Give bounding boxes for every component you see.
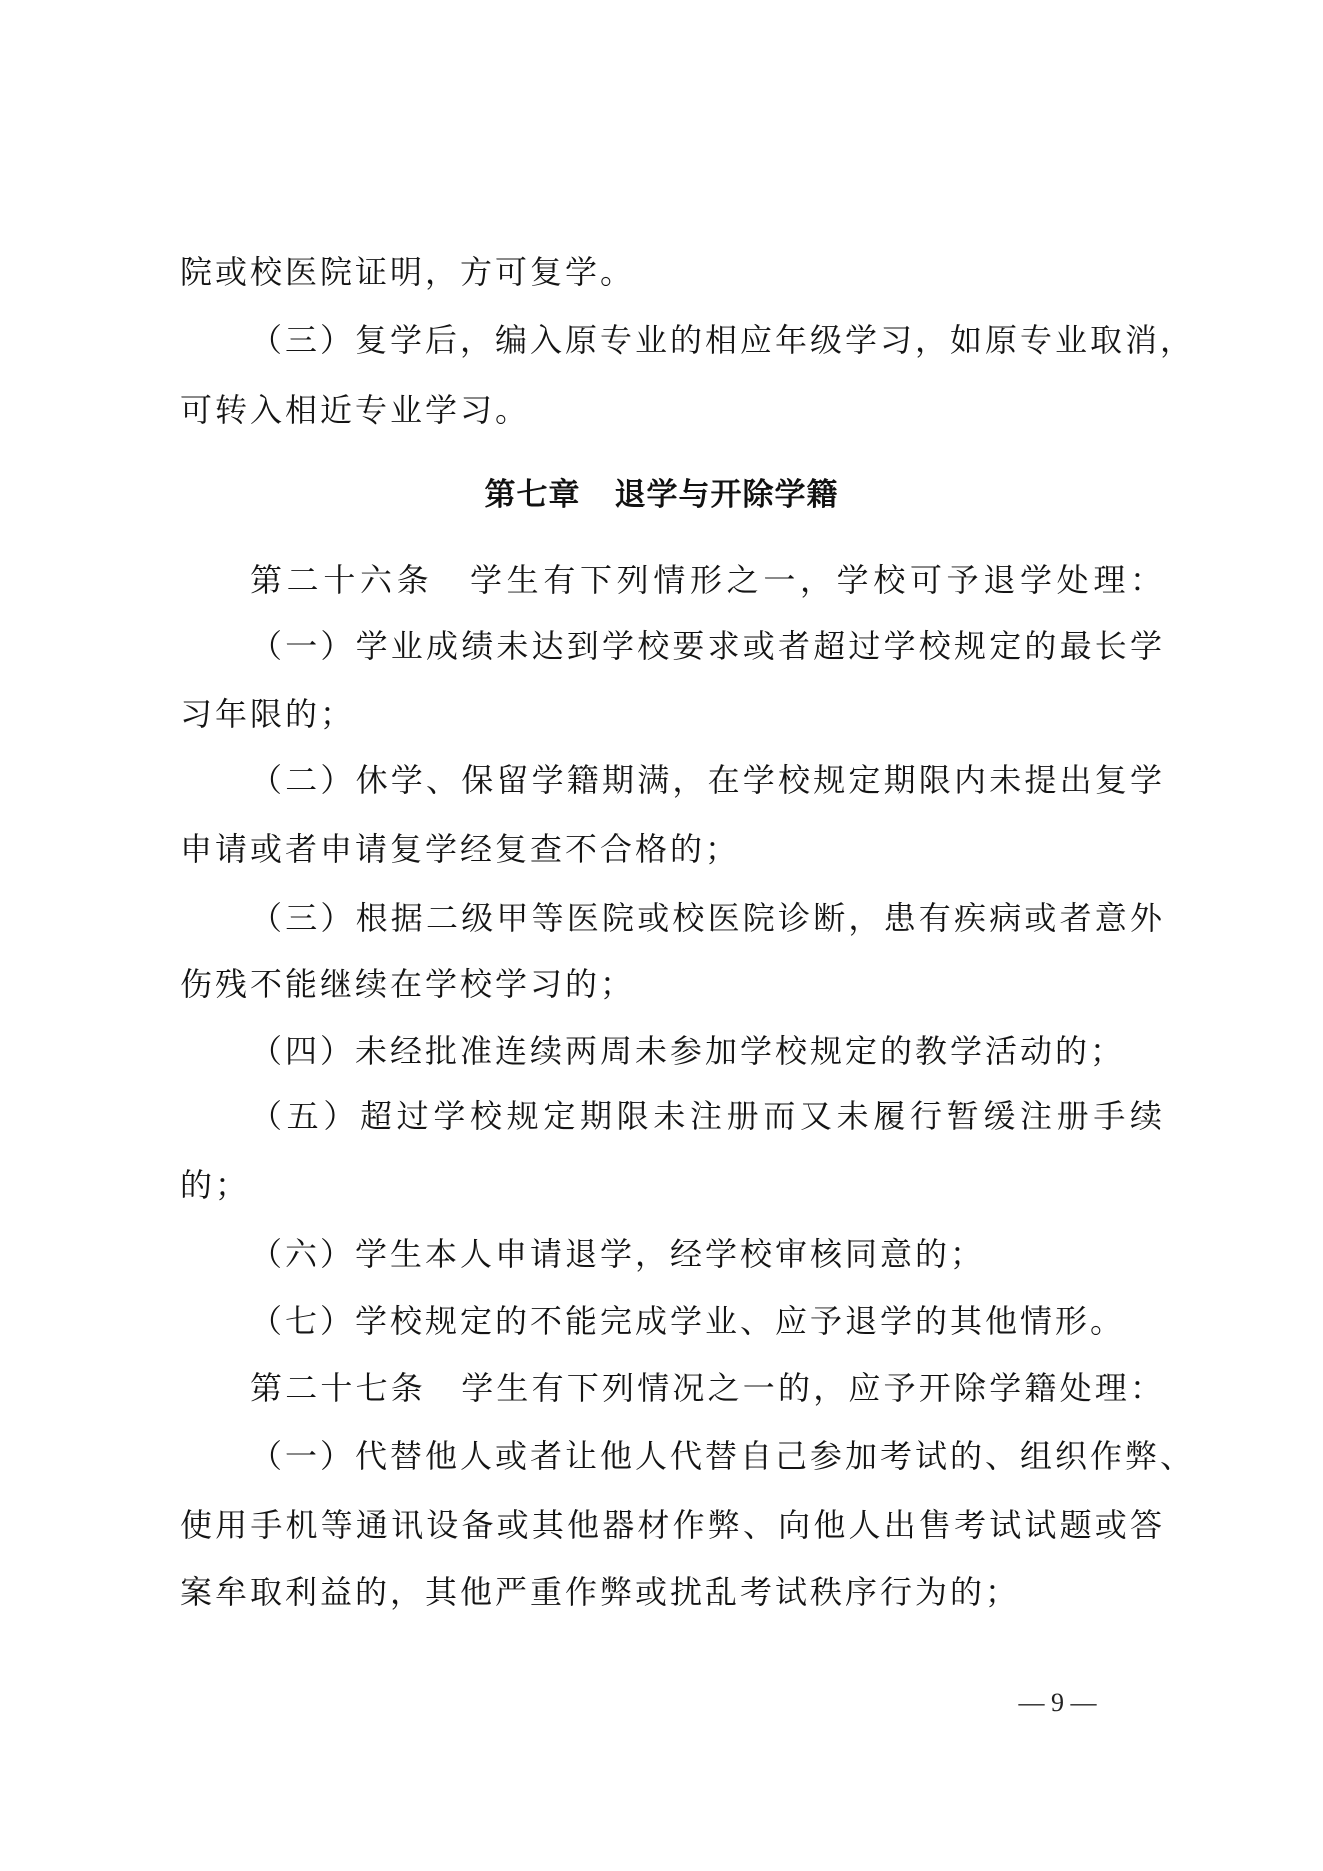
- page-number: — 9 —: [1000, 1688, 1115, 1718]
- list-item: （五）超过学校规定期限未注册而又未履行暂缓注册手续: [250, 1096, 1165, 1136]
- document-page: 院或校医院证明，方可复学。 （三）复学后，编入原专业的相应年级学习，如原专业取消…: [0, 0, 1323, 1871]
- text-line: 院或校医院证明，方可复学。: [180, 252, 1165, 292]
- list-item-continuation: 申请或者申请复学经复查不合格的；: [180, 829, 1165, 869]
- list-item: （一）代替他人或者让他人代替自己参加考试的、组织作弊、: [250, 1436, 1165, 1476]
- article-27-heading: 第二十七条 学生有下列情况之一的，应予开除学籍处理：: [250, 1368, 1165, 1408]
- chapter-heading: 第七章退学与开除学籍: [0, 475, 1323, 515]
- list-item: （七）学校规定的不能完成学业、应予退学的其他情形。: [250, 1301, 1165, 1341]
- chapter-number: 第七章: [485, 477, 581, 513]
- text-line: 可转入相近专业学习。: [180, 390, 1165, 430]
- article-26-heading: 第二十六条 学生有下列情形之一，学校可予退学处理：: [250, 560, 1165, 600]
- list-item-continuation: 习年限的；: [180, 694, 1165, 734]
- chapter-title: 退学与开除学籍: [615, 477, 839, 513]
- list-item-continuation: 案牟取利益的，其他严重作弊或扰乱考试秩序行为的；: [180, 1572, 1165, 1612]
- list-item: （六）学生本人申请退学，经学校审核同意的；: [250, 1234, 1165, 1274]
- list-item: （二）休学、保留学籍期满，在学校规定期限内未提出复学: [250, 760, 1165, 800]
- list-item-continuation: 的；: [180, 1165, 1165, 1205]
- list-item: （四）未经批准连续两周未参加学校规定的教学活动的；: [250, 1031, 1165, 1071]
- list-item: （一）学业成绩未达到学校要求或者超过学校规定的最长学: [250, 626, 1165, 666]
- text-line: （三）复学后，编入原专业的相应年级学习，如原专业取消，: [250, 320, 1165, 360]
- list-item-continuation: 伤残不能继续在学校学习的；: [180, 964, 1165, 1004]
- list-item: （三）根据二级甲等医院或校医院诊断，患有疾病或者意外: [250, 898, 1165, 938]
- list-item-continuation: 使用手机等通讯设备或其他器材作弊、向他人出售考试试题或答: [180, 1505, 1165, 1545]
